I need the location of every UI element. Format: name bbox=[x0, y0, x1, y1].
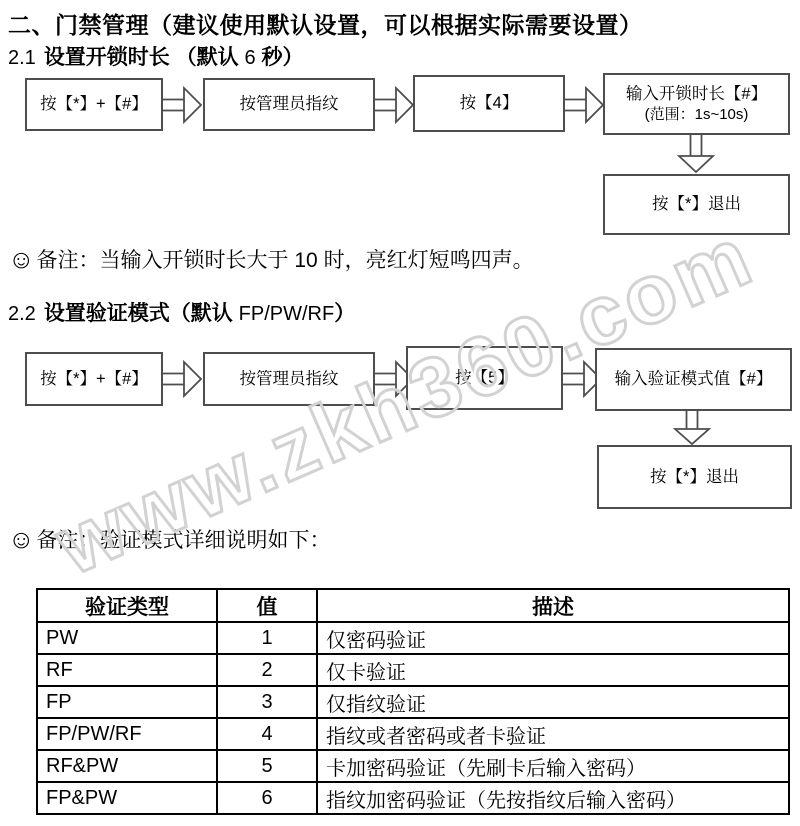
mode-value: 3 bbox=[217, 686, 317, 718]
down-arrow-icon bbox=[676, 135, 716, 174]
flow2-step4-box: 输入验证模式值【#】 bbox=[595, 348, 792, 411]
mode-value: 4 bbox=[217, 718, 317, 750]
right-arrow-icon bbox=[374, 85, 415, 125]
document-page: 二、门禁管理（建议使用默认设置，可以根据实际需要设置） 2.1设置开锁时长 （默… bbox=[0, 0, 800, 826]
table-row: FP/PW/RF 4 指纹或者密码或者卡验证 bbox=[37, 718, 789, 750]
flow2-exit-label: 按【*】退出 bbox=[650, 466, 739, 488]
table-header-desc: 描述 bbox=[317, 589, 789, 622]
flow1-step1-label: 按【*】+【#】 bbox=[40, 93, 148, 115]
mode-type: FP&PW bbox=[37, 782, 217, 814]
table-row: RF&PW 5 卡加密码验证（先刷卡后输入密码） bbox=[37, 750, 789, 782]
flow2-step3-box: 按【5】 bbox=[406, 346, 563, 410]
note-1-text: 当输入开锁时长大于 10 时，亮红灯短鸣四声。 bbox=[100, 244, 534, 274]
flow1-step2-label: 按管理员指纹 bbox=[240, 93, 339, 115]
flow1-step3-label: 按【4】 bbox=[460, 92, 519, 114]
table-row: FP 3 仅指纹验证 bbox=[37, 686, 789, 718]
mode-desc: 仅密码验证 bbox=[317, 622, 789, 654]
flow1-exit-label: 按【*】退出 bbox=[652, 193, 741, 215]
mode-type: RF bbox=[37, 654, 217, 686]
flow2-step4-label: 输入验证模式值【#】 bbox=[615, 368, 773, 390]
section-number: 2.2 bbox=[8, 303, 36, 325]
flow1-step3-box: 按【4】 bbox=[413, 75, 565, 132]
flow2-step1-box: 按【*】+【#】 bbox=[25, 352, 163, 406]
mode-type: PW bbox=[37, 622, 217, 654]
flow1-step4-label-line2: (范围：1s~10s) bbox=[645, 105, 749, 125]
mode-value: 6 bbox=[217, 782, 317, 814]
flow1-step1-box: 按【*】+【#】 bbox=[25, 78, 163, 131]
note-2: ☺备注：验证模式详细说明如下： bbox=[8, 524, 331, 554]
flow1-step4-label-line1: 输入开锁时长【#】 bbox=[626, 83, 767, 105]
flow2-step1-label: 按【*】+【#】 bbox=[40, 368, 148, 390]
flow1-step4-box: 输入开锁时长【#】 (范围：1s~10s) bbox=[603, 73, 790, 135]
table-header-value: 值 bbox=[217, 589, 317, 622]
mode-type: RF&PW bbox=[37, 750, 217, 782]
mode-desc: 指纹或者密码或者卡验证 bbox=[317, 718, 789, 750]
smiley-icon: ☺ bbox=[8, 246, 35, 272]
section-heading-text: 设置验证模式（默认 bbox=[44, 302, 239, 325]
note-1: ☺备注：当输入开锁时长大于 10 时，亮红灯短鸣四声。 bbox=[8, 244, 534, 274]
flow2-step3-label: 按【5】 bbox=[455, 367, 514, 389]
page-title: 二、门禁管理（建议使用默认设置，可以根据实际需要设置） bbox=[8, 7, 643, 40]
section-heading-default-value: FP/PW/RF bbox=[239, 303, 335, 325]
table-row: PW 1 仅密码验证 bbox=[37, 622, 789, 654]
mode-type: FP bbox=[37, 686, 217, 718]
section-heading-default-value: 6 bbox=[244, 47, 255, 69]
right-arrow-icon bbox=[564, 85, 605, 125]
mode-value: 2 bbox=[217, 654, 317, 686]
mode-desc: 仅指纹验证 bbox=[317, 686, 789, 718]
section-2-2-heading: 2.2设置验证模式（默认 FP/PW/RF） bbox=[8, 297, 355, 327]
flow1-exit-box: 按【*】退出 bbox=[603, 174, 790, 235]
flow2-step2-label: 按管理员指纹 bbox=[240, 368, 339, 390]
section-number: 2.1 bbox=[8, 47, 36, 69]
right-arrow-icon bbox=[162, 359, 203, 399]
down-arrow-icon bbox=[672, 411, 712, 446]
verification-modes-table: 验证类型 值 描述 PW 1 仅密码验证 RF 2 仅卡验证 FP 3 仅指纹验… bbox=[36, 588, 790, 815]
right-arrow-icon bbox=[162, 85, 203, 125]
mode-desc: 仅卡验证 bbox=[317, 654, 789, 686]
table-header-row: 验证类型 值 描述 bbox=[37, 589, 789, 622]
mode-desc: 指纹加密码验证（先按指纹后输入密码） bbox=[317, 782, 789, 814]
note-2-text: 验证模式详细说明如下： bbox=[100, 524, 331, 554]
note-1-label: 备注： bbox=[37, 244, 100, 274]
table-header-type: 验证类型 bbox=[37, 589, 217, 622]
flow2-exit-box: 按【*】退出 bbox=[597, 445, 792, 509]
section-2-1-heading: 2.1设置开锁时长 （默认 6 秒） bbox=[8, 41, 303, 71]
table-row: FP&PW 6 指纹加密码验证（先按指纹后输入密码） bbox=[37, 782, 789, 814]
flow2-step2-box: 按管理员指纹 bbox=[203, 352, 375, 406]
section-heading-tail: 秒） bbox=[256, 46, 304, 69]
section-heading-tail: ） bbox=[334, 302, 355, 325]
note-2-label: 备注： bbox=[37, 524, 100, 554]
section-heading-text: 设置开锁时长 （默认 bbox=[44, 46, 245, 69]
flow1-step2-box: 按管理员指纹 bbox=[203, 78, 375, 131]
mode-type: FP/PW/RF bbox=[37, 718, 217, 750]
smiley-icon: ☺ bbox=[8, 526, 35, 552]
mode-value: 1 bbox=[217, 622, 317, 654]
table-row: RF 2 仅卡验证 bbox=[37, 654, 789, 686]
mode-value: 5 bbox=[217, 750, 317, 782]
mode-desc: 卡加密码验证（先刷卡后输入密码） bbox=[317, 750, 789, 782]
